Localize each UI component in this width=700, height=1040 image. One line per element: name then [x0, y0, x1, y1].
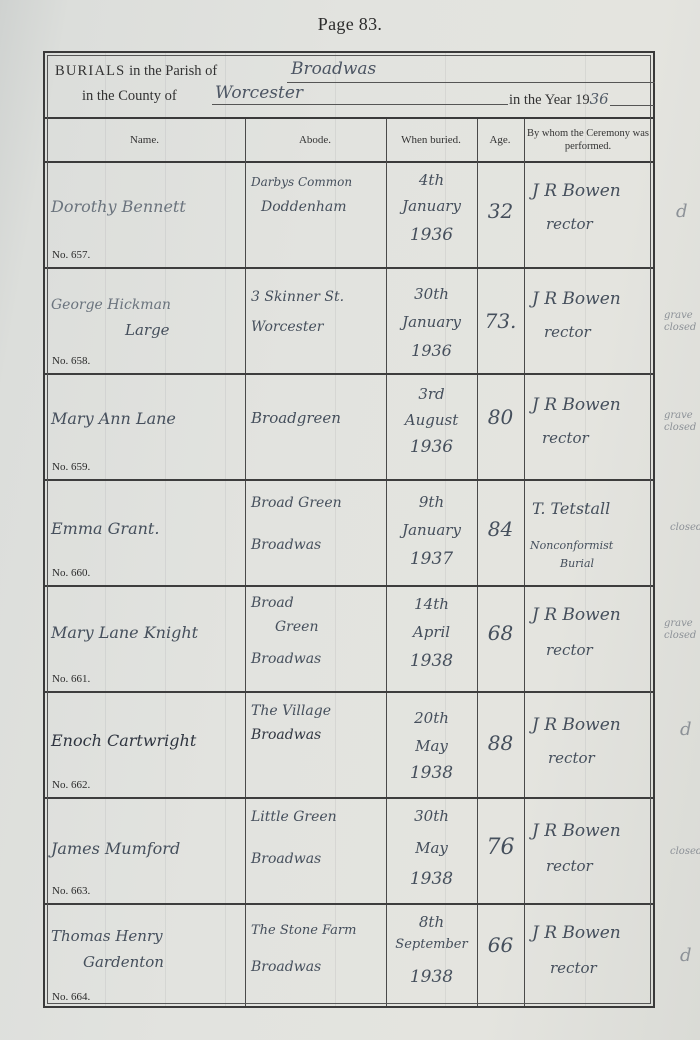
column-header-row: Name. Abode. When buried. Age. By whom t…: [45, 119, 653, 163]
margin-note: grave closed: [664, 410, 698, 434]
abode-cell: Little Green Broadwas: [245, 799, 386, 903]
abode-line-1: The Village: [251, 703, 331, 719]
ceremony-cell: J R Bowen rector: [524, 693, 652, 797]
ceremony-cell: J R Bowen rector: [524, 375, 652, 479]
entries-body: Dorothy Bennett No. 657. Darbys Common D…: [45, 163, 653, 1008]
date-cell: 14th April 1938: [386, 587, 477, 691]
table-row: Dorothy Bennett No. 657. Darbys Common D…: [45, 163, 653, 269]
abode-cell: Broad Green Broadwas: [245, 481, 386, 585]
abode-line-1: Darbys Common: [251, 175, 352, 189]
entry-name-line-2: Gardenton: [83, 953, 164, 971]
margin-note: d: [676, 206, 688, 218]
entry-number: No. 663.: [52, 885, 90, 897]
margin-note: closed: [670, 846, 700, 858]
abode-cell: 3 Skinner St. Worcester: [245, 269, 386, 373]
age-cell: 76: [477, 799, 524, 903]
officiant-title: rector: [548, 749, 595, 767]
entry-name: Dorothy Bennett: [51, 197, 186, 216]
burial-register-table: BURIALS in the Parish of Broadwas in the…: [43, 51, 655, 1008]
name-cell: Mary Ann Lane No. 659.: [45, 375, 245, 479]
age-cell: 66: [477, 905, 524, 1009]
burial-year: 1936: [386, 225, 477, 245]
officiant-title: rector: [546, 857, 593, 875]
age-cell: 88: [477, 693, 524, 797]
year-printed: 19: [575, 92, 590, 108]
burial-day: 3rd: [386, 385, 477, 403]
burial-month: September: [386, 937, 477, 952]
parish-prefix: in the Parish of: [129, 63, 217, 79]
margin-note: grave closed: [664, 310, 698, 334]
burial-day: 9th: [386, 493, 477, 511]
column-header-ceremony: By whom the Ceremony was performed.: [524, 119, 652, 161]
burial-year: 1938: [386, 967, 477, 987]
officiant-title: rector: [550, 959, 597, 977]
burial-month: April: [386, 623, 477, 641]
burial-year: 1938: [386, 763, 477, 783]
table-row: Enoch Cartwright No. 662. The Village Br…: [45, 693, 653, 799]
age-value: 84: [477, 517, 524, 541]
burial-day: 30th: [386, 807, 477, 825]
name-cell: Thomas Henry Gardenton No. 664.: [45, 905, 245, 1009]
abode-line-1: Broadgreen: [251, 409, 341, 427]
date-cell: 30th May 1938: [386, 799, 477, 903]
abode-line-2: Broadwas: [251, 727, 321, 743]
burial-day: 20th: [386, 709, 477, 727]
officiant-name: J R Bowen: [532, 923, 621, 943]
ceremony-cell: J R Bowen rector: [524, 905, 652, 1009]
entry-name: George Hickman: [51, 297, 171, 313]
burial-month: January: [386, 197, 477, 215]
burial-year: 1936: [386, 341, 477, 360]
name-cell: James Mumford No. 663.: [45, 799, 245, 903]
age-cell: 68: [477, 587, 524, 691]
entry-name: Enoch Cartwright: [51, 731, 196, 750]
abode-line-2: Broadwas: [251, 537, 321, 553]
age-cell: 84: [477, 481, 524, 585]
abode-line-1: Broad Green: [251, 495, 342, 511]
parish-value: Broadwas: [291, 59, 376, 79]
burial-year: 1937: [386, 549, 477, 569]
ceremony-cell: J R Bowen rector: [524, 587, 652, 691]
margin-note: grave closed: [664, 618, 698, 642]
table-row: Mary Ann Lane No. 659. Broadgreen 3rd Au…: [45, 375, 653, 481]
age-value: 66: [477, 933, 524, 957]
entry-number: No. 657.: [52, 249, 90, 261]
abode-cell: The Village Broadwas: [245, 693, 386, 797]
age-cell: 80: [477, 375, 524, 479]
margin-note: d: [680, 724, 692, 736]
year-prefix: in the Year: [509, 92, 571, 108]
page-number: Page 83.: [0, 14, 700, 35]
table-row: Mary Lane Knight No. 661. Broad Green Br…: [45, 587, 653, 693]
column-header-name: Name.: [45, 119, 244, 161]
entry-number: No. 658.: [52, 355, 90, 367]
entry-name: Emma Grant.: [51, 519, 159, 538]
name-cell: Dorothy Bennett No. 657.: [45, 163, 245, 267]
abode-cell: Darbys Common Doddenham: [245, 163, 386, 267]
burial-month: August: [386, 411, 477, 429]
table-row: Emma Grant. No. 660. Broad Green Broadwa…: [45, 481, 653, 587]
date-cell: 30th January 1936: [386, 269, 477, 373]
entry-name: Mary Lane Knight: [51, 623, 198, 642]
name-cell: Emma Grant. No. 660.: [45, 481, 245, 585]
officiant-title: rector: [546, 215, 593, 233]
abode-cell: The Stone Farm Broadwas: [245, 905, 386, 1009]
entry-name: Mary Ann Lane: [51, 409, 176, 428]
date-cell: 4th January 1936: [386, 163, 477, 267]
burial-day: 14th: [386, 595, 477, 613]
abode-line-1: Little Green: [251, 809, 337, 825]
column-header-abode: Abode.: [245, 119, 385, 161]
date-cell: 9th January 1937: [386, 481, 477, 585]
entry-name-line-2: Large: [125, 321, 170, 339]
entry-name: James Mumford: [51, 839, 180, 858]
entry-number: No. 659.: [52, 461, 90, 473]
ceremony-cell: J R Bowen rector: [524, 269, 652, 373]
entry-number: No. 664.: [52, 991, 90, 1003]
burials-label: BURIALS: [55, 63, 125, 79]
burial-day: 4th: [386, 171, 477, 189]
county-value: Worcester: [215, 83, 303, 103]
age-value: 80: [477, 405, 524, 429]
abode-line-1: Broad: [251, 595, 294, 611]
burial-month: January: [386, 313, 477, 331]
officiant-title: rector: [542, 429, 589, 447]
name-cell: George Hickman Large No. 658.: [45, 269, 245, 373]
burial-year: 1936: [386, 437, 477, 457]
age-value: 73.: [477, 309, 524, 333]
age-value: 68: [477, 621, 524, 645]
margin-note: d: [680, 950, 692, 962]
officiant-name: T. Tetstall: [532, 499, 610, 518]
age-cell: 32: [477, 163, 524, 267]
abode-line-2: Broadwas: [251, 959, 321, 975]
burial-month: January: [386, 521, 477, 539]
entry-number: No. 662.: [52, 779, 90, 791]
age-value: 76: [477, 835, 524, 860]
name-cell: Enoch Cartwright No. 662.: [45, 693, 245, 797]
ceremony-cell: J R Bowen rector: [524, 799, 652, 903]
abode-line-2: Broadwas: [251, 851, 321, 867]
table-row: Thomas Henry Gardenton No. 664. The Ston…: [45, 905, 653, 1008]
officiant-name: J R Bowen: [532, 289, 621, 309]
officiant-name: J R Bowen: [532, 605, 621, 625]
officiant-note: Burial: [560, 557, 594, 570]
burial-year: 1938: [386, 651, 477, 671]
date-cell: 8th September 1938: [386, 905, 477, 1009]
entry-number: No. 661.: [52, 673, 90, 685]
abode-line-1: 3 Skinner St.: [251, 289, 344, 305]
date-cell: 20th May 1938: [386, 693, 477, 797]
age-value: 88: [477, 731, 524, 755]
burial-day: 30th: [386, 285, 477, 303]
officiant-title: Nonconformist: [530, 539, 613, 552]
officiant-name: J R Bowen: [532, 395, 621, 415]
register-heading: BURIALS in the Parish of Broadwas in the…: [45, 53, 653, 119]
name-cell: Mary Lane Knight No. 661.: [45, 587, 245, 691]
column-header-when-buried: When buried.: [386, 119, 476, 161]
burial-month: May: [386, 839, 477, 857]
burial-month: May: [386, 737, 477, 755]
age-cell: 73.: [477, 269, 524, 373]
abode-cell: Broadgreen: [245, 375, 386, 479]
abode-line-2: Doddenham: [261, 199, 347, 215]
abode-cell: Broad Green Broadwas: [245, 587, 386, 691]
ceremony-cell: T. Tetstall Nonconformist Burial: [524, 481, 652, 585]
column-header-age: Age.: [477, 119, 523, 161]
officiant-name: J R Bowen: [532, 821, 621, 841]
entry-number: No. 660.: [52, 567, 90, 579]
abode-line-1: The Stone Farm: [251, 923, 356, 938]
year-line: in the Year 1936: [509, 90, 609, 109]
officiant-title: rector: [544, 323, 591, 341]
abode-line-3: Broadwas: [251, 651, 321, 667]
entry-name: Thomas Henry: [51, 927, 163, 945]
date-cell: 3rd August 1936: [386, 375, 477, 479]
officiant-name: J R Bowen: [532, 715, 621, 735]
county-line: in the County of: [82, 88, 177, 105]
officiant-title: rector: [546, 641, 593, 659]
abode-line-2: Worcester: [251, 319, 323, 335]
burial-year: 1938: [386, 869, 477, 889]
officiant-name: J R Bowen: [532, 181, 621, 201]
margin-note: closed: [670, 522, 700, 534]
table-row: George Hickman Large No. 658. 3 Skinner …: [45, 269, 653, 375]
county-prefix: in the County of: [82, 88, 177, 104]
table-row: James Mumford No. 663. Little Green Broa…: [45, 799, 653, 905]
ceremony-cell: J R Bowen rector: [524, 163, 652, 267]
year-written: 36: [590, 90, 609, 108]
age-value: 32: [477, 199, 524, 223]
burial-day: 8th: [386, 913, 477, 931]
abode-line-2: Green: [275, 619, 318, 635]
parish-line: BURIALS in the Parish of: [55, 63, 217, 80]
